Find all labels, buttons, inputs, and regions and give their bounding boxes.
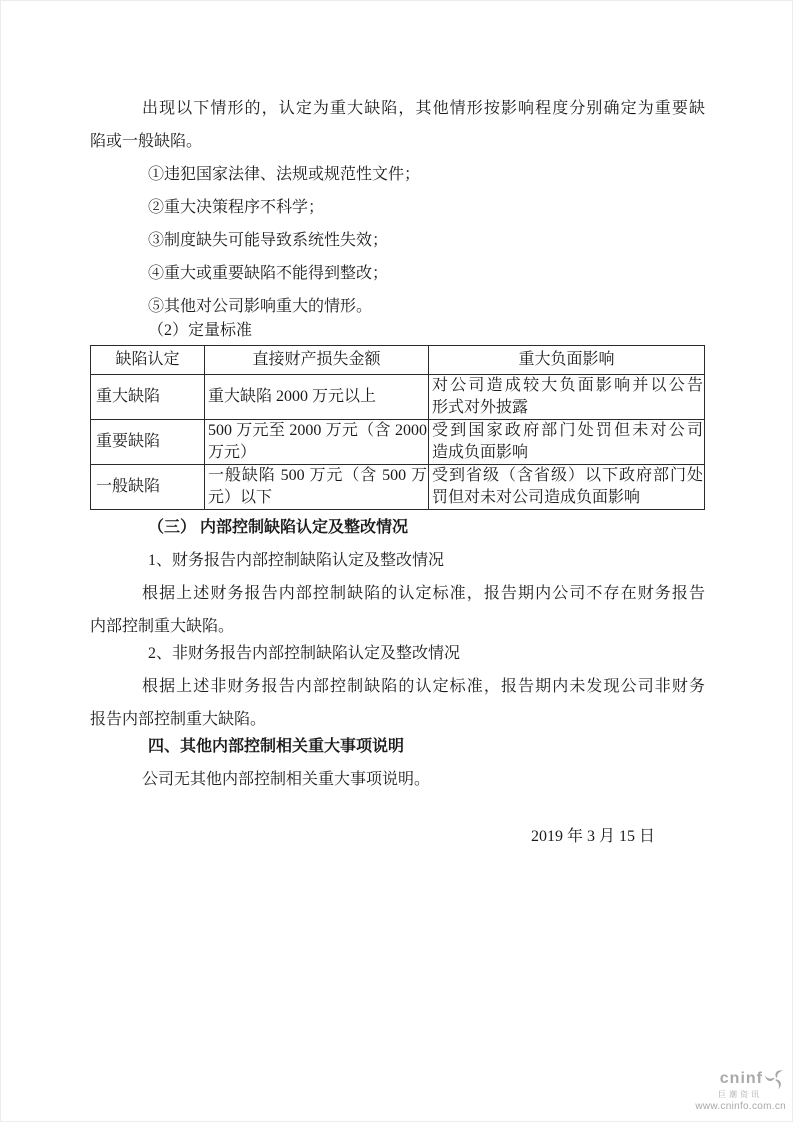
header-major-impact: 重大负面影响 bbox=[429, 346, 705, 375]
cninfo-url: www.cninfo.com.cn bbox=[695, 1102, 786, 1112]
cninfo-swirl-icon bbox=[765, 1068, 786, 1089]
intro-line-2: 陷或一般缺陷。 bbox=[90, 125, 705, 158]
table-header-row: 缺陷认定 直接财产损失金额 重大负面影响 bbox=[91, 346, 705, 375]
defect-criteria-table: 缺陷认定 直接财产损失金额 重大负面影响 重大缺陷 重大缺陷 2000 万元以上… bbox=[90, 345, 705, 510]
section4-body: 公司无其他内部控制相关重大事项说明。 bbox=[90, 763, 705, 796]
section3-sub2-title: 2、非财务报告内部控制缺陷认定及整改情况 bbox=[90, 637, 705, 670]
cell-defect-type: 重要缺陷 bbox=[91, 420, 205, 465]
document-page: 出现以下情形的，认定为重大缺陷，其他情形按影响程度分别确定为重要缺 陷或一般缺陷… bbox=[0, 0, 793, 1122]
cell-direct-loss: 一般缺陷 500 万元（含 500 万 元）以下 bbox=[205, 465, 429, 510]
cninfo-brand-text: cninf bbox=[720, 1071, 763, 1087]
loss-line: 元）以下 bbox=[208, 487, 427, 509]
header-defect-type: 缺陷认定 bbox=[91, 346, 205, 375]
impact-line: 对公司造成较大负面影响并以公告 bbox=[432, 375, 703, 397]
cell-defect-type: 一般缺陷 bbox=[91, 465, 205, 510]
section4-heading: 四、其他内部控制相关重大事项说明 bbox=[90, 730, 705, 763]
impact-line: 受到国家政府部门处罚但未对公司 bbox=[432, 420, 703, 442]
cninfo-brand-chinese: 巨潮资讯 bbox=[695, 1091, 762, 1099]
criteria-item-3: ③制度缺失可能导致系统性失效； bbox=[90, 224, 705, 257]
section3-sub2-body-line1: 根据上述非财务报告内部控制缺陷的认定标准，报告期内未发现公司非财务 bbox=[90, 670, 705, 703]
report-date: 2019 年 3 月 15 日 bbox=[90, 820, 705, 853]
cell-direct-loss: 重大缺陷 2000 万元以上 bbox=[205, 375, 429, 420]
impact-line: 形式对外披露 bbox=[432, 397, 703, 419]
cell-direct-loss: 500 万元至 2000 万元（含 2000 万元） bbox=[205, 420, 429, 465]
loss-line: 万元） bbox=[208, 442, 427, 464]
impact-line: 罚但对未对公司造成负面影响 bbox=[432, 487, 703, 509]
header-direct-loss: 直接财产损失金额 bbox=[205, 346, 429, 375]
cell-major-impact: 受到国家政府部门处罚但未对公司 造成负面影响 bbox=[429, 420, 705, 465]
impact-line: 造成负面影响 bbox=[432, 442, 703, 464]
document-content: 出现以下情形的，认定为重大缺陷，其他情形按影响程度分别确定为重要缺 陷或一般缺陷… bbox=[90, 0, 705, 853]
loss-line: 500 万元至 2000 万元（含 2000 bbox=[208, 420, 427, 442]
criteria-item-2: ②重大决策程序不科学； bbox=[90, 191, 705, 224]
section3-sub1-title: 1、财务报告内部控制缺陷认定及整改情况 bbox=[90, 544, 705, 577]
table-row: 一般缺陷 一般缺陷 500 万元（含 500 万 元）以下 受到省级（含省级）以… bbox=[91, 465, 705, 510]
criteria-item-1: ①违犯国家法律、法规或规范性文件； bbox=[90, 158, 705, 191]
cninfo-watermark: cninf 巨潮资讯 www.cninfo.com.cn bbox=[695, 1068, 786, 1112]
section3-sub1-body-line1: 根据上述财务报告内部控制缺陷的认定标准，报告期内公司不存在财务报告 bbox=[90, 577, 705, 610]
intro-line-1: 出现以下情形的，认定为重大缺陷，其他情形按影响程度分别确定为重要缺 bbox=[90, 92, 705, 125]
cell-defect-type: 重大缺陷 bbox=[91, 375, 205, 420]
cell-major-impact: 受到省级（含省级）以下政府部门处 罚但对未对公司造成负面影响 bbox=[429, 465, 705, 510]
loss-line: 重大缺陷 2000 万元以上 bbox=[208, 386, 427, 408]
section3-heading: （三） 内部控制缺陷认定及整改情况 bbox=[90, 511, 705, 544]
impact-line: 受到省级（含省级）以下政府部门处 bbox=[432, 465, 703, 487]
loss-line: 一般缺陷 500 万元（含 500 万 bbox=[208, 465, 427, 487]
quantitative-standard-label: （2）定量标准 bbox=[90, 314, 705, 347]
cell-major-impact: 对公司造成较大负面影响并以公告 形式对外披露 bbox=[429, 375, 705, 420]
table-row: 重大缺陷 重大缺陷 2000 万元以上 对公司造成较大负面影响并以公告 形式对外… bbox=[91, 375, 705, 420]
criteria-item-4: ④重大或重要缺陷不能得到整改； bbox=[90, 257, 705, 290]
table-row: 重要缺陷 500 万元至 2000 万元（含 2000 万元） 受到国家政府部门… bbox=[91, 420, 705, 465]
